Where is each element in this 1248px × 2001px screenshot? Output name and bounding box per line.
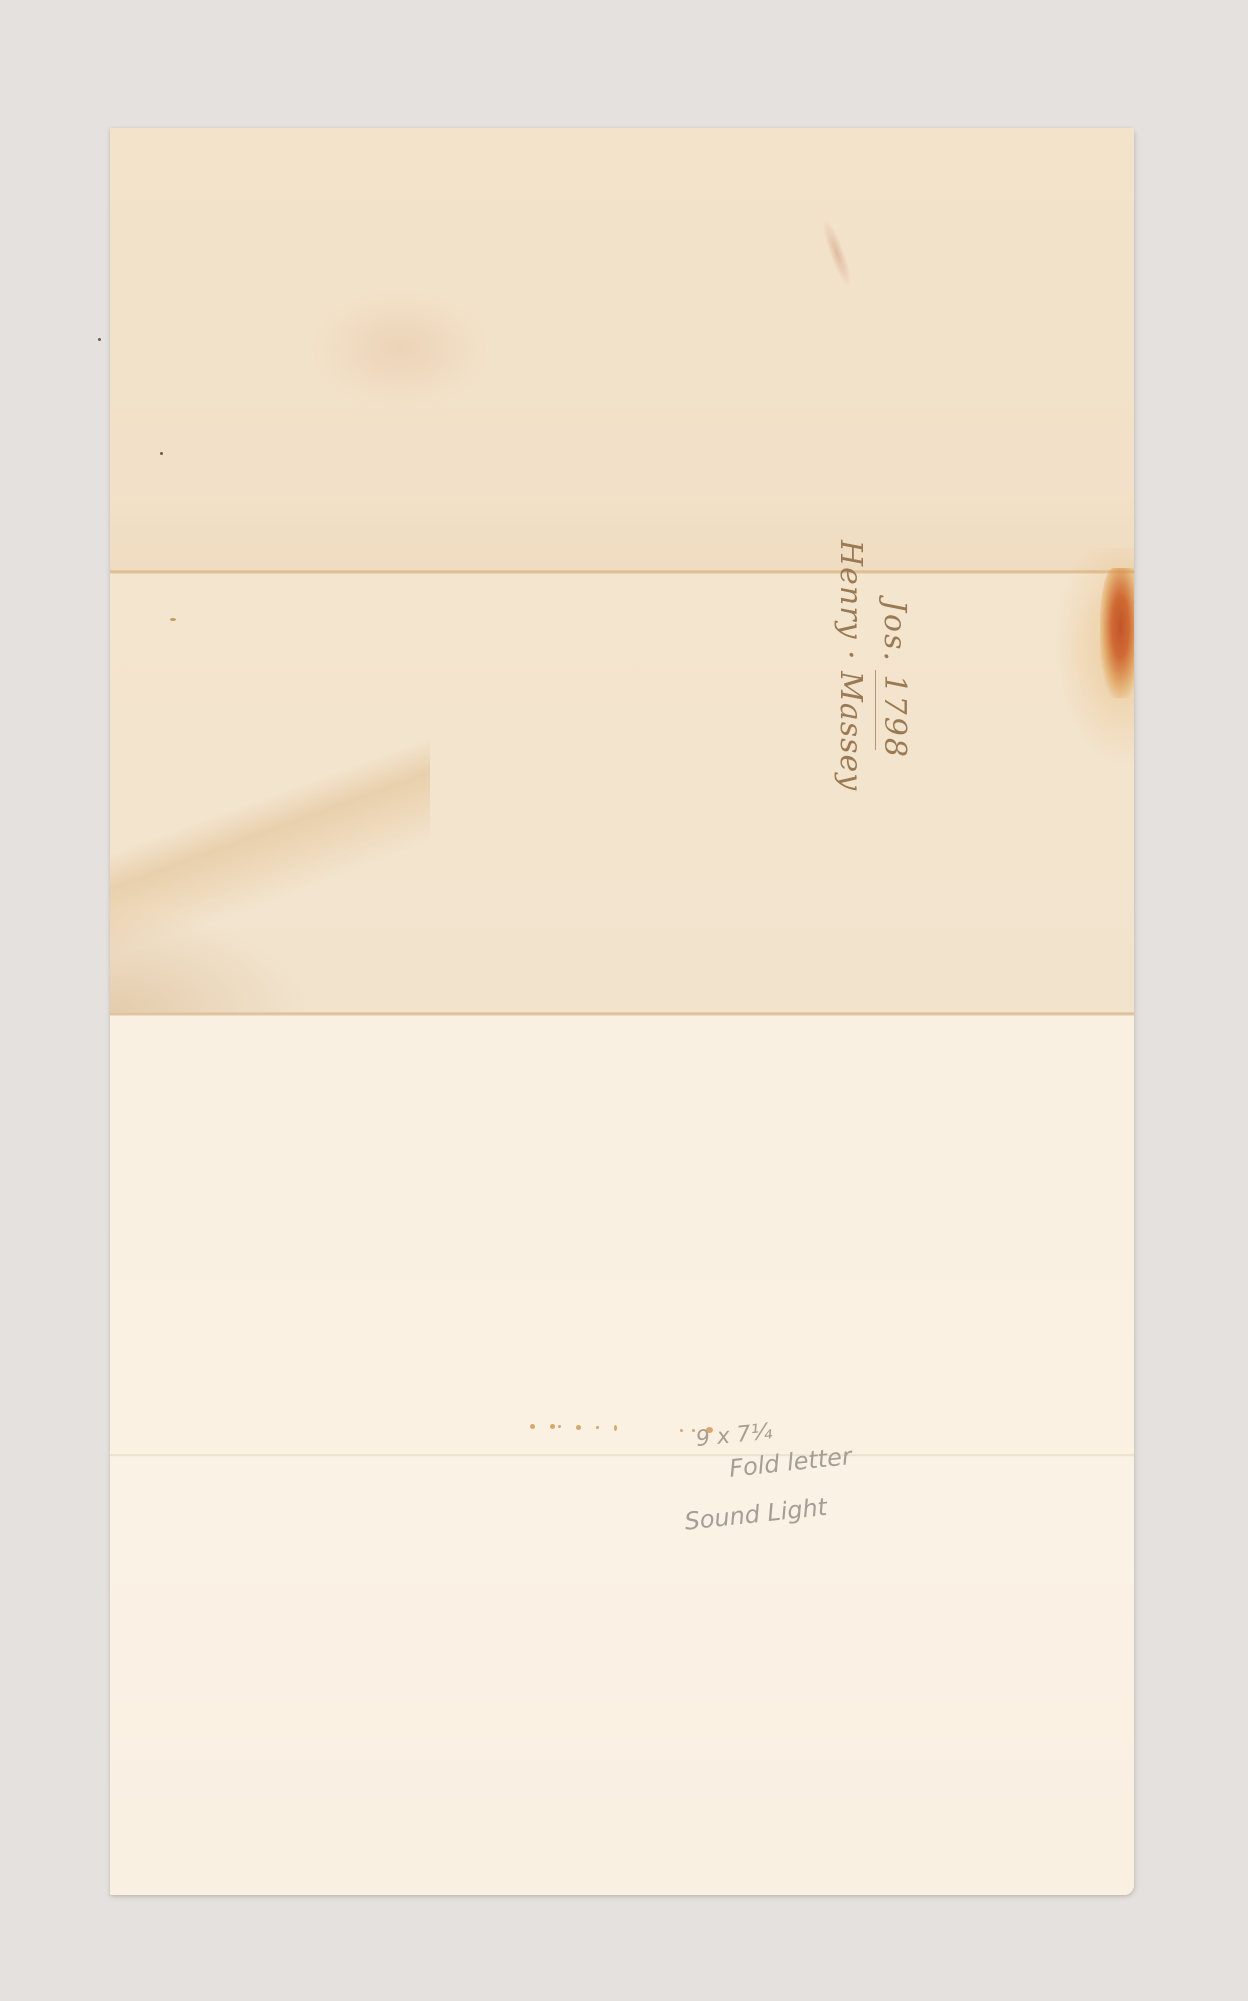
- folded-letter: [110, 128, 1134, 1895]
- endorsement-name: Henry · Massey: [833, 540, 868, 791]
- wax-seal-remnant: [1100, 568, 1134, 698]
- fold-crease: [110, 570, 1134, 574]
- fold-crease: [110, 1012, 1134, 1016]
- ink-dot: [160, 452, 163, 455]
- fold-panel-lower: [110, 1014, 1134, 1456]
- fold-panel-bottom: [110, 1456, 1134, 1895]
- fold-panel-top: [110, 128, 1134, 572]
- water-stain: [110, 908, 310, 1012]
- ink-dot: [170, 618, 176, 621]
- pencil-annotation: 9 x 7¼ Fold letter Sound Light: [675, 1411, 858, 1535]
- pencil-description: Fold letter: [728, 1442, 853, 1483]
- foxing-stain: [310, 288, 490, 408]
- fold-crease: [110, 1454, 1134, 1457]
- ink-dot: [98, 338, 101, 341]
- endorsement-rule: [875, 670, 876, 750]
- handwritten-endorsement: Jos. 1798 Henry · Massey: [820, 540, 920, 780]
- endorsement-date: Jos. 1798: [877, 600, 912, 759]
